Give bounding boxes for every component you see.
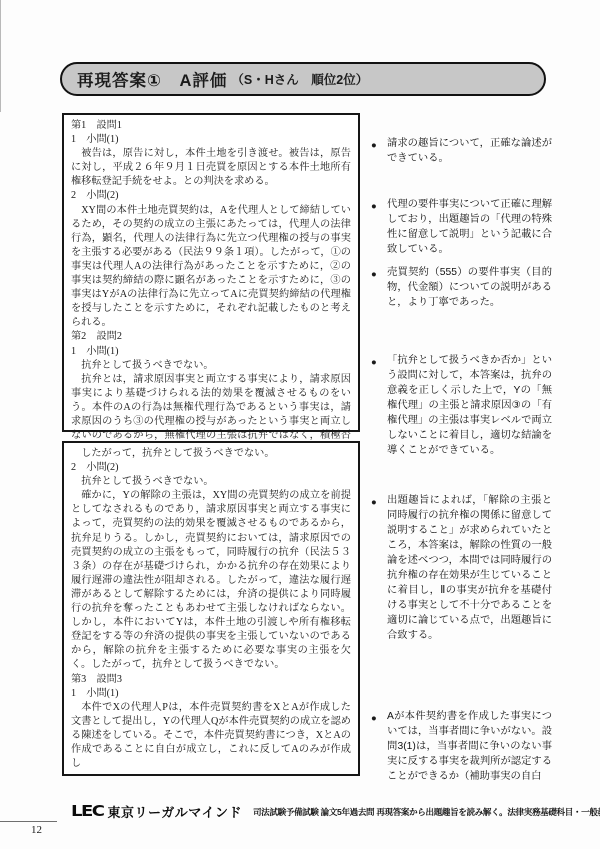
bullet-icon: ● [371,267,377,282]
comment-text: Aが本件契約書を作成した事実については，当事者間に争いがない。設問3(1)は，当… [387,711,552,782]
answer-text-line: 第1 設問1 [71,119,351,133]
lec-logo: LEC [71,804,103,819]
comment-text: 請求の趣旨について，正確な論述ができている。 [387,138,552,164]
bullet-icon: ● [371,711,377,726]
footer-tagline: 司法試験予備試験 論文5年過去問 再現答案から出題趣旨を読み解く。法律実務基礎科… [253,806,600,818]
comment-item: ● 出題趣旨によれば，「解除の主張と同時履行の抗弁権の関係に留意して説明すること… [371,493,552,643]
answer-text-line: 被告は，原告に対し，本件土地を引き渡せ。被告は，原告に対し，平成２６年９月１日売… [71,147,351,189]
header-banner: 再現答案① A評価 （S・Hさん 順位2位） [60,62,546,96]
answer-text-line: 2 小問(2) [71,189,351,203]
page-number-rule [0,821,57,822]
comment-item: ● 「抗弁として扱うべきか否か」という設問に対して，本答案は，抗弁の意義を正しく… [371,353,552,458]
page-title: 再現答案① A評価 [77,67,227,91]
bullet-icon: ● [371,495,377,510]
comment-item: ● 代理の要件事実について正確に理解しており，出題趣旨の「代理の特殊性に留意して… [371,197,552,257]
answer-text-line: 1 小問(1) [71,687,351,701]
answer-text-line: 確かに，Yの解除の主張は，XY間の売買契約の成立を前提としてなされるものであり，… [71,489,351,672]
answer-text-line: XY間の本件土地売買契約は，Aを代理人として締結しているため，その契約の成立の主… [71,204,351,331]
answer-text-line: 2 小問(2) [71,461,351,475]
answer-text-line: 本件でXの代理人Pは，本件売買契約書をXとAが作成した文書として提出し，Yの代理… [71,701,351,771]
answer-text-line: 抗弁として扱うべきでない。 [71,475,351,489]
comment-item: ● 請求の趣旨について，正確な論述ができている。 [371,136,552,166]
scan-edge-mark [0,0,1,112]
footer: LEC 東京リーガルマインド 司法試験予備試験 論文5年過去問 再現答案から出題… [71,802,600,821]
bullet-icon: ● [371,355,377,370]
answer-text-line: 抗弁として扱うべきでない。 [71,359,351,373]
page-subtitle: （S・Hさん 順位2位） [231,70,368,88]
answer-box-1: 第1 設問1 1 小問(1) 被告は，原告に対し，本件土地を引き渡せ。被告は，原… [62,113,360,432]
comment-text: 売買契約（555）の要件事実（目的物，代金額）についての説明があると，より丁寧で… [387,267,552,308]
comment-item: ● Aが本件契約書を作成した事実については，当事者間に争いがない。設問3(1)は… [371,709,552,784]
answer-text-line: 1 小問(1) [71,133,351,147]
book-page: 再現答案① A評価 （S・Hさん 順位2位） 第1 設問1 1 小問(1) 被告… [0,0,600,849]
answer-text-line: 第2 設問2 [71,330,351,344]
bullet-icon: ● [371,138,377,153]
answer-text-line: 第3 設問3 [71,673,351,687]
comment-item: ● 売買契約（555）の要件事実（目的物，代金額）についての説明があると，より丁… [371,265,552,310]
answer-box-2: したがって，抗弁として扱うべきでない。 2 小問(2) 抗弁として扱うべきでない… [62,441,360,776]
comment-text: 「抗弁として扱うべきか否か」という設問に対して，本答案は，抗弁の意義を正しく示し… [387,355,552,456]
answer-text-line: 1 小問(1) [71,345,351,359]
comments-column: ● 請求の趣旨について，正確な論述ができている。 ● 代理の要件事実について正確… [371,136,552,816]
page-number: 12 [31,824,42,836]
answer-text-line: したがって，抗弁として扱うべきでない。 [71,447,351,461]
lec-company-name: 東京リーガルマインド [107,802,241,821]
comment-text: 代理の要件事実について正確に理解しており，出題趣旨の「代理の特殊性に留意して説明… [387,199,552,255]
bullet-icon: ● [371,199,377,214]
comment-text: 出題趣旨によれば，「解除の主張と同時履行の抗弁権の関係に留意して説明すること」が… [387,495,552,641]
